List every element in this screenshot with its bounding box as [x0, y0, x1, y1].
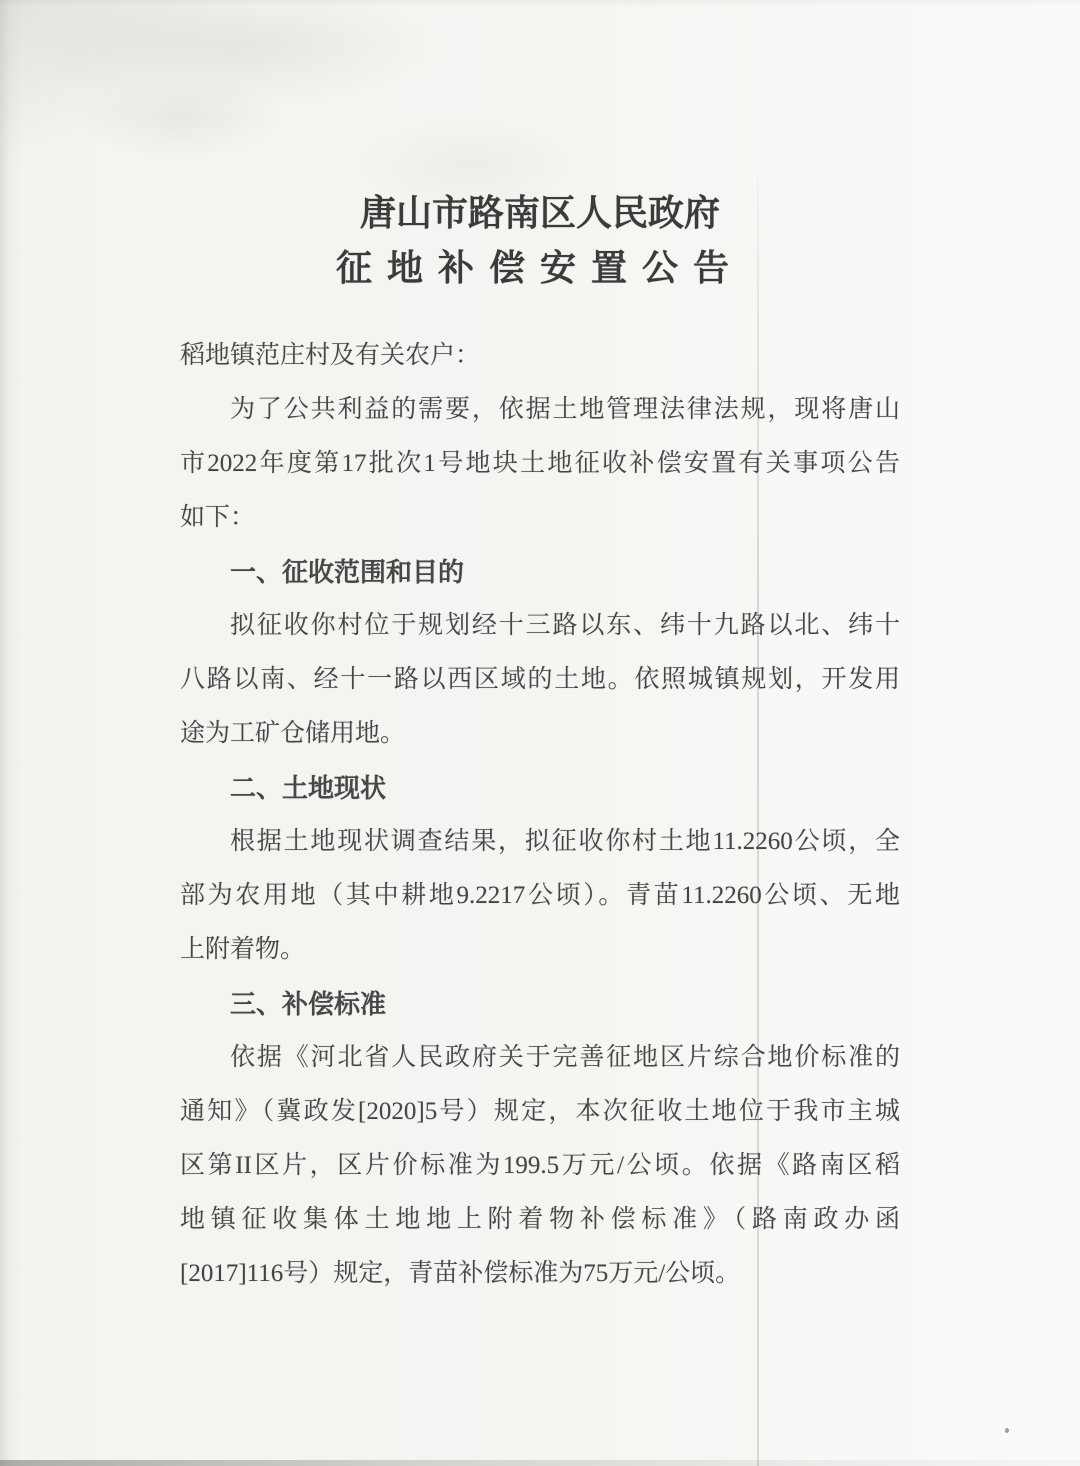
- document-subtitle: 征地补偿安置公告: [180, 245, 900, 292]
- salutation-line: 稻地镇范庄村及有关农户：: [180, 329, 900, 383]
- section-3-line-5: [2017]116号）规定，青苗补偿标准为75万元/公顷。: [180, 1247, 900, 1301]
- scanned-notice-page: 唐山市路南区人民政府 征地补偿安置公告 稻地镇范庄村及有关农户： 为了公共利益的…: [0, 0, 1080, 1466]
- section-1-heading: 一、征收范围和目的: [180, 545, 900, 599]
- document-title: 唐山市路南区人民政府: [180, 190, 900, 237]
- section-1-line-2: 八路以南、经十一路以西区域的土地。依照城镇规划，开发用: [180, 653, 900, 707]
- section-3-line-1: 依据《河北省人民政府关于完善征地区片综合地价标准的: [180, 1031, 900, 1085]
- scan-speck: [1005, 1428, 1009, 1433]
- intro-line-3: 如下：: [180, 491, 900, 545]
- section-2-line-2: 部为农用地（其中耕地9.2217公顷）。青苗11.2260公顷、无地: [180, 869, 900, 923]
- document-body: 稻地镇范庄村及有关农户： 为了公共利益的需要，依据土地管理法律法规，现将唐山 市…: [180, 329, 900, 1301]
- section-2-heading: 二、土地现状: [180, 761, 900, 815]
- document-content: 唐山市路南区人民政府 征地补偿安置公告 稻地镇范庄村及有关农户： 为了公共利益的…: [180, 190, 900, 1301]
- intro-line-1: 为了公共利益的需要，依据土地管理法律法规，现将唐山: [180, 383, 900, 437]
- section-2-line-3: 上附着物。: [180, 923, 900, 977]
- intro-line-2: 市2022年度第17批次1号地块土地征收补偿安置有关事项公告: [180, 437, 900, 491]
- section-1-line-3: 途为工矿仓储用地。: [180, 707, 900, 761]
- scan-bottom-edge-shadow: [0, 1460, 1080, 1466]
- section-3-heading: 三、补偿标准: [180, 977, 900, 1031]
- section-1-line-1: 拟征收你村位于规划经十三路以东、纬十九路以北、纬十: [180, 599, 900, 653]
- section-2-line-1: 根据土地现状调查结果，拟征收你村土地11.2260公顷，全: [180, 815, 900, 869]
- section-3-line-4: 地镇征收集体土地地上附着物补偿标准》（路南政办函: [180, 1193, 900, 1247]
- section-3-line-2: 通知》（冀政发[2020]5号）规定，本次征收土地位于我市主城: [180, 1085, 900, 1139]
- section-3-line-3: 区第II区片，区片价标准为199.5万元/公顷。依据《路南区稻: [180, 1139, 900, 1193]
